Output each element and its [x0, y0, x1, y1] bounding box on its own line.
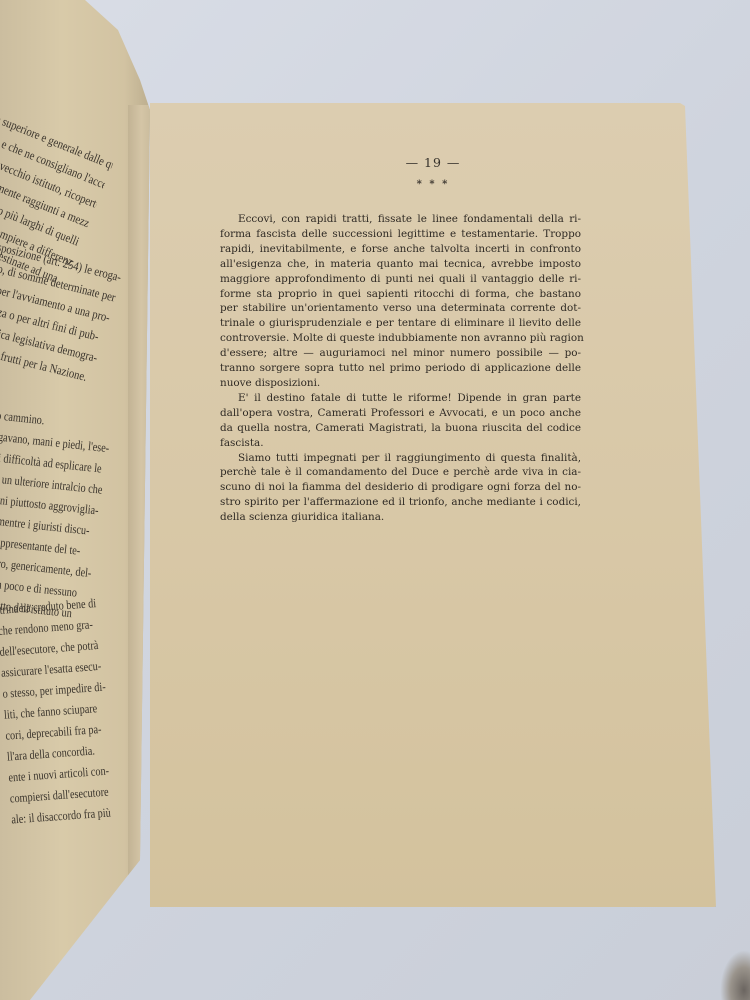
text-line: nuove disposizioni. — [220, 376, 581, 391]
text-line: fascista. — [220, 436, 581, 451]
left-page-text-block-2: disposizione (art. 254) le eroga- mpo, d… — [0, 235, 124, 390]
text-line: stro spirito per l'affermazione ed il tr… — [220, 495, 581, 510]
surface-stain — [720, 950, 750, 1000]
section-separator: * * * — [150, 179, 716, 190]
paragraph-3: Siamo tutti impegnati per il raggiungime… — [220, 451, 581, 526]
text-line: forma fascista delle successioni legitti… — [220, 227, 581, 242]
text-line: rapidi, inevitabilmente, e forse anche t… — [220, 242, 581, 257]
text-line: controversie. Molte di queste indubbiame… — [220, 331, 581, 346]
text-line: dall'opera vostra, Camerati Professori e… — [220, 406, 581, 421]
text-line: E' il destino fatale di tutte le riforme… — [220, 391, 581, 406]
page-body: Eccovi, con rapidi tratti, fissate le li… — [220, 212, 581, 525]
text-line: da quella nostra, Camerati Magistrati, l… — [220, 421, 581, 436]
text-line: Siamo tutti impegnati per il raggiungime… — [220, 451, 581, 466]
text-line: forme sta proprio in quei sapienti ritoc… — [220, 287, 581, 302]
left-page-text-block-4: ttrina ha creduto bene di che rendono me… — [0, 591, 143, 831]
text-line: Eccovi, con rapidi tratti, fissate le li… — [220, 212, 581, 227]
paragraph-2: E' il destino fatale di tutte le riforme… — [220, 391, 581, 451]
right-page: — 19 — * * * Eccovi, con rapidi tratti, … — [150, 103, 716, 907]
text-line: maggiore approfondimento di punti nei qu… — [220, 272, 581, 287]
text-line: perchè tale è il comandamento del Duce e… — [220, 465, 581, 480]
text-line: per stabilire un'orientamento verso una … — [220, 301, 581, 316]
text-line: d'essere; altre — auguriamoci nel minor … — [220, 346, 581, 361]
paragraph-1: Eccovi, con rapidi tratti, fissate le li… — [220, 212, 581, 391]
page-number: — 19 — — [150, 155, 716, 170]
text-line: trinale o giurisprudenziale e per tentar… — [220, 316, 581, 331]
left-page: one superiore e generale dalle quali zio… — [0, 0, 155, 1000]
text-line: della scienza giuridica italiana. — [220, 510, 581, 525]
text-line: all'esigenza che, in materia quanto mai … — [220, 257, 581, 272]
text-line: tranno sorgere sopra tutto nel primo per… — [220, 361, 581, 376]
text-line: scuno di noi la fiamma del desiderio di … — [220, 480, 581, 495]
